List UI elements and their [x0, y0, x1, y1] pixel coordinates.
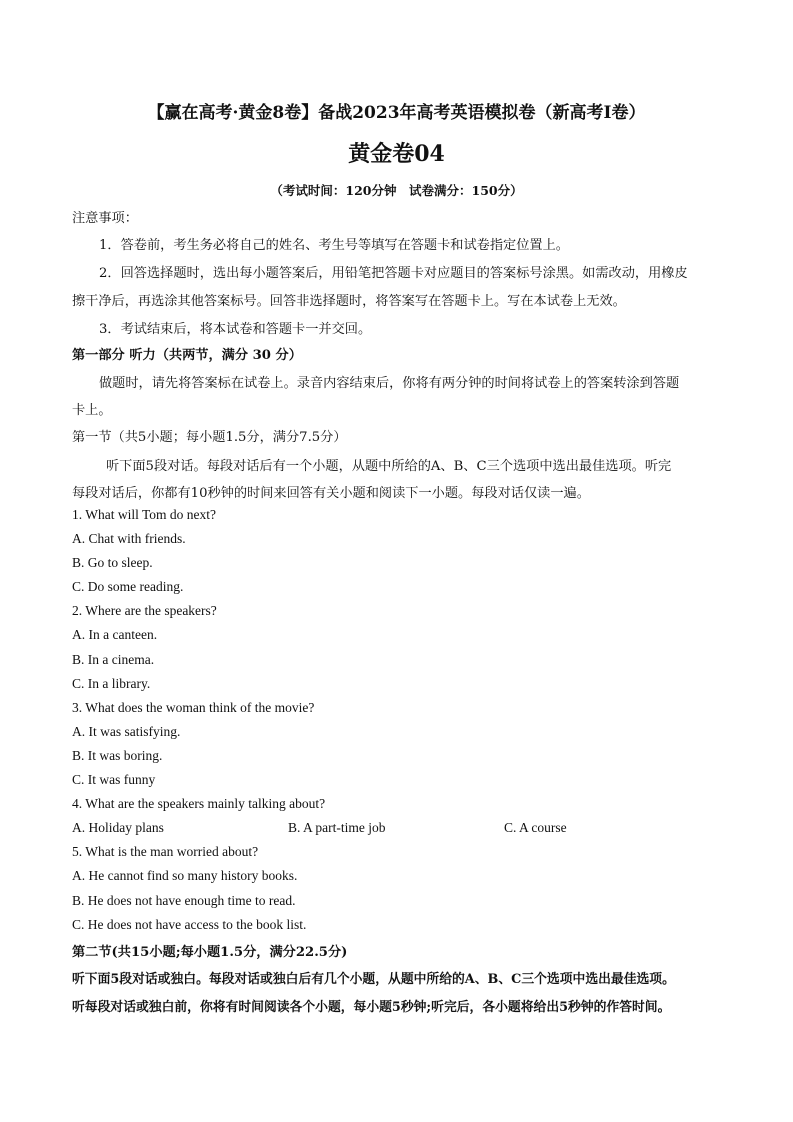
exam-page: 【赢在高考·黄金8卷】备战2023年高考英语模拟卷（新高考I卷） 黄金卷04 （… [0, 0, 793, 1122]
part1-heading: 第一部分 听力（共两节，满分 30 分） [72, 344, 302, 363]
question-5-option-a: A. He cannot find so many history books. [72, 868, 297, 884]
section1-heading: 第一节（共5小题；每小题1.5分，满分7.5分） [72, 426, 347, 445]
notice-item-2-cont: 擦干净后，再选涂其他答案标号。回答非选择题时，将答案写在答题卡上。写在本试卷上无… [72, 290, 626, 309]
notice-item-3: 3．考试结束后，将本试卷和答题卡一并交回。 [99, 318, 371, 337]
part1-instructions-1: 做题时，请先将答案标在试卷上。录音内容结束后，你将有两分钟的时间将试卷上的答案转… [99, 372, 679, 391]
notice-item-1: 1．答卷前，考生务必将自己的姓名、考生号等填写在答题卡和试卷指定位置上。 [99, 234, 569, 253]
exam-title: 【赢在高考·黄金8卷】备战2023年高考英语模拟卷（新高考I卷） [0, 98, 793, 123]
question-2-option-a: A. In a canteen. [72, 627, 157, 643]
question-4-option-b: B. A part-time job [288, 820, 386, 836]
question-2-option-b: B. In a cinema. [72, 652, 154, 668]
question-3-option-c: C. It was funny [72, 772, 155, 788]
section1-instructions-2: 每段对话后，你都有10秒钟的时间来回答有关小题和阅读下一小题。每段对话仅读一遍。 [72, 482, 590, 501]
paper-subtitle: 黄金卷04 [0, 137, 793, 168]
notice-item-2: 2．回答选择题时，选出每小题答案后，用铅笔把答题卡对应题目的答案标号涂黑。如需改… [99, 262, 688, 281]
question-4: 4. What are the speakers mainly talking … [72, 796, 325, 812]
question-3: 3. What does the woman think of the movi… [72, 700, 314, 716]
section2-heading: 第二节(共15小题;每小题1.5分，满分22.5分) [72, 941, 347, 960]
question-4-option-a: A. Holiday plans [72, 820, 164, 836]
question-1-option-a: A. Chat with friends. [72, 531, 186, 547]
question-3-option-b: B. It was boring. [72, 748, 162, 764]
question-5-option-b: B. He does not have enough time to read. [72, 893, 295, 909]
section2-instructions-2: 听每段对话或独白前，你将有时间阅读各个小题，每小题5秒钟;听完后，各小题将给出5… [72, 996, 670, 1015]
question-4-option-c: C. A course [504, 820, 567, 836]
question-3-option-a: A. It was satisfying. [72, 724, 180, 740]
question-1-option-c: C. Do some reading. [72, 579, 183, 595]
exam-info: （考试时间：120分钟 试卷满分：150分） [0, 181, 793, 199]
question-5-option-c: C. He does not have access to the book l… [72, 917, 306, 933]
section2-instructions-1: 听下面5段对话或独白。每段对话或独白后有几个小题，从题中所给的A、B、C三个选项… [72, 968, 675, 987]
question-2-option-c: C. In a library. [72, 676, 150, 692]
question-1: 1. What will Tom do next? [72, 507, 216, 523]
section1-instructions-1: 听下面5段对话。每段对话后有一个小题，从题中所给的A、B、C三个选项中选出最佳选… [106, 455, 671, 474]
part1-instructions-2: 卡上。 [72, 399, 112, 418]
question-2: 2. Where are the speakers? [72, 603, 217, 619]
question-5: 5. What is the man worried about? [72, 844, 258, 860]
notice-heading: 注意事项： [72, 207, 138, 226]
question-1-option-b: B. Go to sleep. [72, 555, 153, 571]
